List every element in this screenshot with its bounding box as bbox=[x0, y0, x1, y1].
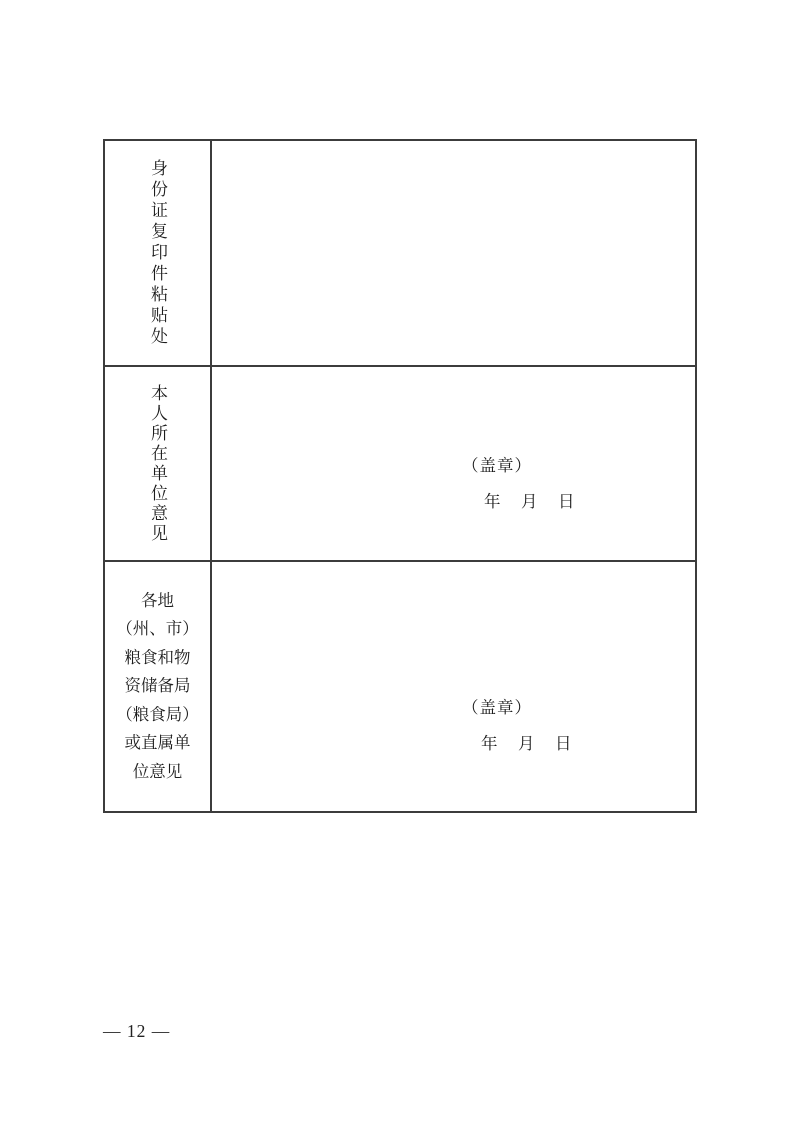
id-copy-label: 身份证复印件粘贴处 bbox=[149, 159, 166, 348]
id-copy-paste-area bbox=[212, 141, 695, 367]
opinion-form-table: 身份证复印件粘贴处 本人所在单位意见 （盖章） 年 月 日 各地 （州、市） 粮… bbox=[103, 139, 697, 813]
unit-opinion-label-cell: 本人所在单位意见 bbox=[105, 367, 212, 562]
unit-seal-placeholder: （盖章） bbox=[462, 452, 532, 476]
bureau-label-line: 粮食和物 bbox=[125, 644, 191, 673]
bureau-label-line: 资储备局 bbox=[125, 672, 191, 701]
bureau-label-line: 或直属单 bbox=[125, 729, 191, 758]
unit-date-placeholder: 年 月 日 bbox=[484, 488, 577, 512]
unit-opinion-label: 本人所在单位意见 bbox=[149, 384, 166, 544]
bureau-opinion-label-cell: 各地 （州、市） 粮食和物 资储备局 （粮食局） 或直属单 位意见 bbox=[105, 562, 212, 811]
document-page: 身份证复印件粘贴处 本人所在单位意见 （盖章） 年 月 日 各地 （州、市） 粮… bbox=[0, 0, 793, 1122]
bureau-opinion-area: （盖章） 年 月 日 bbox=[212, 562, 695, 811]
bureau-label-line: （州、市） bbox=[116, 615, 199, 644]
bureau-date-placeholder: 年 月 日 bbox=[481, 730, 574, 754]
unit-opinion-area: （盖章） 年 月 日 bbox=[212, 367, 695, 562]
bureau-seal-placeholder: （盖章） bbox=[462, 694, 532, 718]
bureau-opinion-label: 各地 （州、市） 粮食和物 资储备局 （粮食局） 或直属单 位意见 bbox=[116, 587, 199, 787]
bureau-label-line: 各地 bbox=[141, 587, 174, 616]
bureau-label-line: 位意见 bbox=[133, 758, 183, 787]
bureau-label-line: （粮食局） bbox=[116, 701, 199, 730]
id-copy-label-cell: 身份证复印件粘贴处 bbox=[105, 141, 212, 367]
page-number: — 12 — bbox=[103, 1021, 170, 1042]
